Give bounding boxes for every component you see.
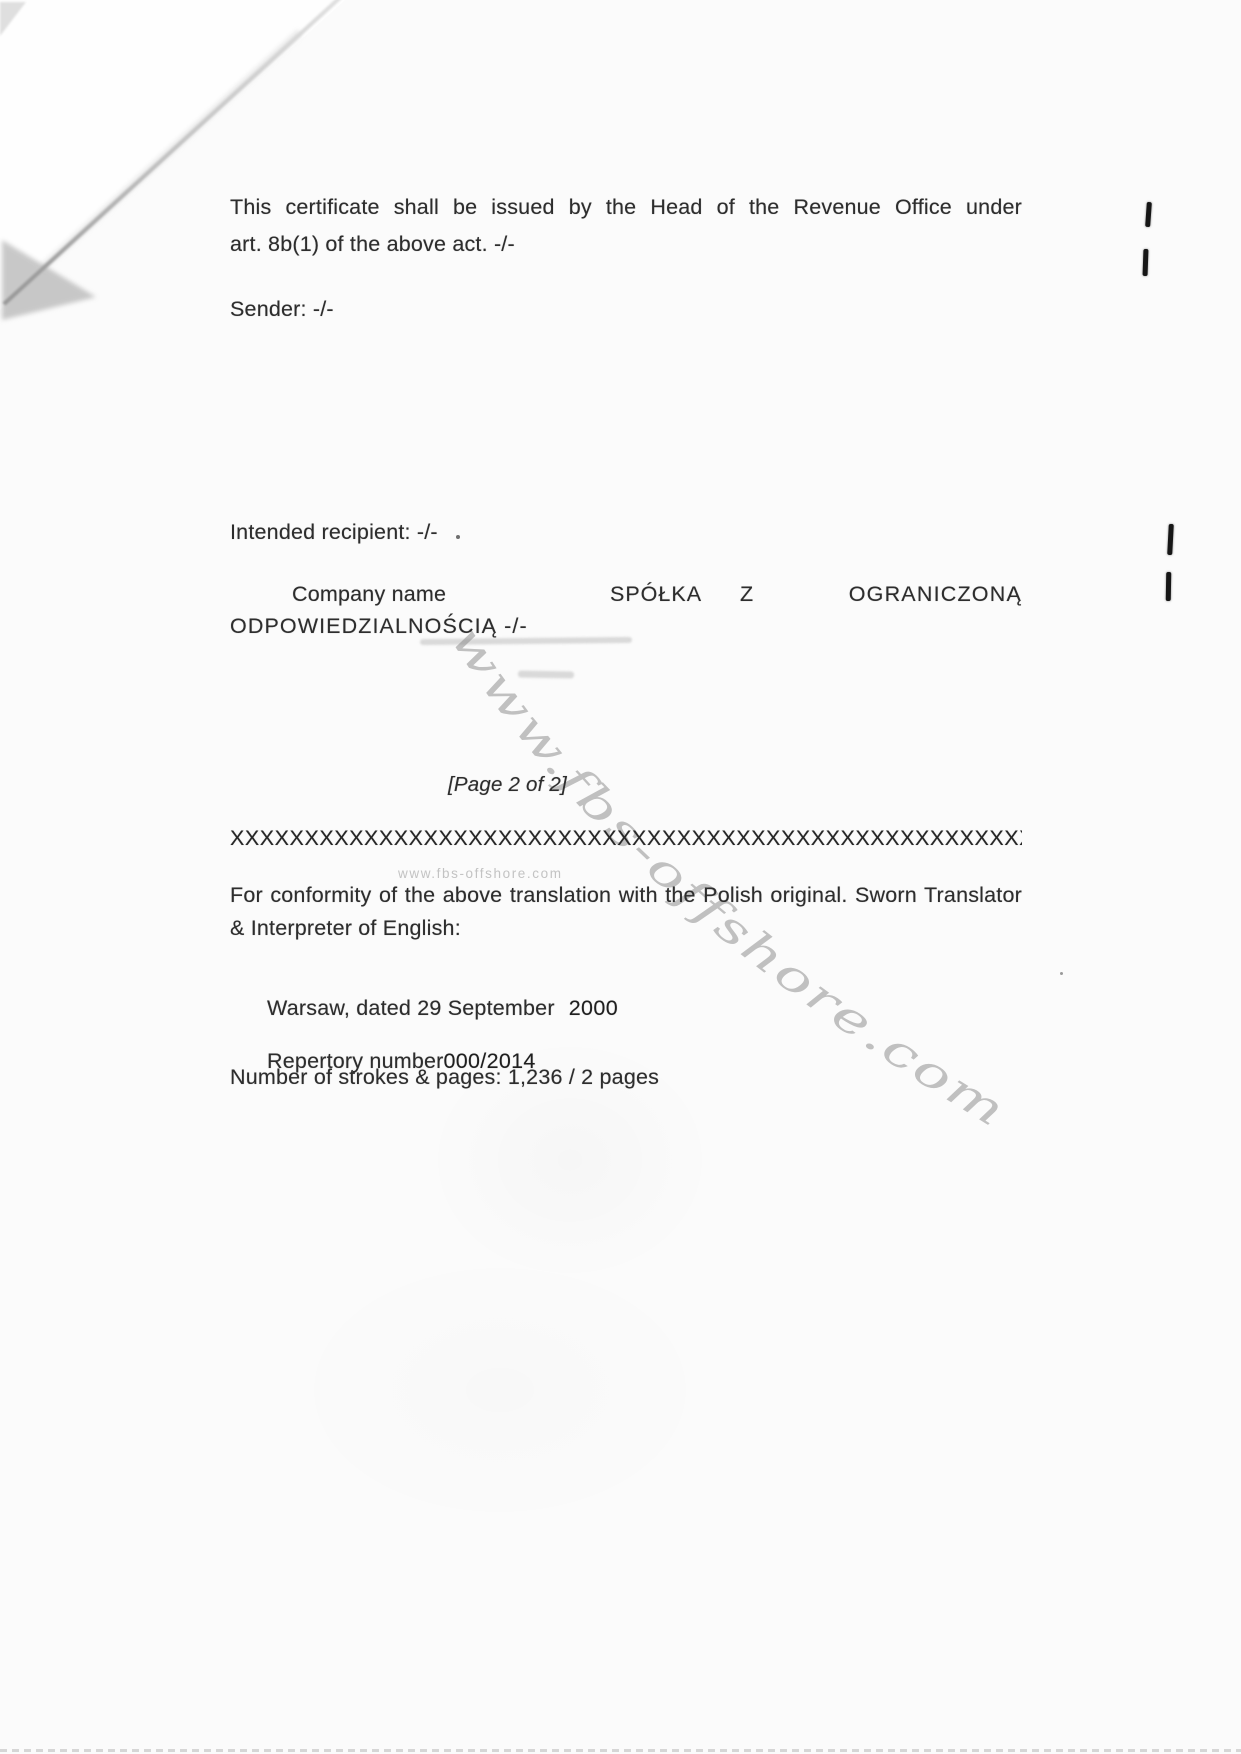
intended-recipient-line: Intended recipient: -/-	[230, 514, 1022, 551]
conformity-line2: & Interpreter of English:	[230, 912, 1022, 945]
certificate-paragraph-line1: This certificate shall be issued by the …	[230, 189, 1022, 226]
ink-mark	[1166, 572, 1172, 601]
sender-line: Sender: -/-	[230, 291, 1022, 328]
diagonal-watermark: www.fbs-offshore.com	[0, 0, 1241, 1754]
certificate-paragraph-line2: art. 8b(1) of the above act. -/-	[230, 226, 1022, 263]
ink-mark	[1143, 249, 1149, 276]
ink-mark	[1167, 524, 1174, 555]
erased-text-smudge	[518, 671, 574, 679]
company-name-line2: ODPOWIEDZIALNOŚCIĄ -/-	[230, 608, 1022, 645]
conformity-line1: For conformity of the above translation …	[230, 879, 1022, 912]
scanned-document-page: www.fbs-offshore.com www.fbs-offshore.co…	[0, 0, 1241, 1754]
page-marker: [Page 2 of 2]	[448, 766, 567, 803]
ink-dot-artifact	[1060, 972, 1063, 975]
x-separator-row: XXXXXXXXXXXXXXXXXXXXXXXXXXXXXXXXXXXXXXXX…	[230, 820, 1022, 857]
ink-mark	[1145, 202, 1152, 227]
scan-bottom-edge	[0, 1749, 1241, 1752]
strokes-pages-line: Number of strokes & pages: 1,236 / 2 pag…	[230, 1059, 1022, 1096]
company-name-line: Company name SPÓŁKA Z OGRANICZONĄ	[230, 576, 1022, 602]
